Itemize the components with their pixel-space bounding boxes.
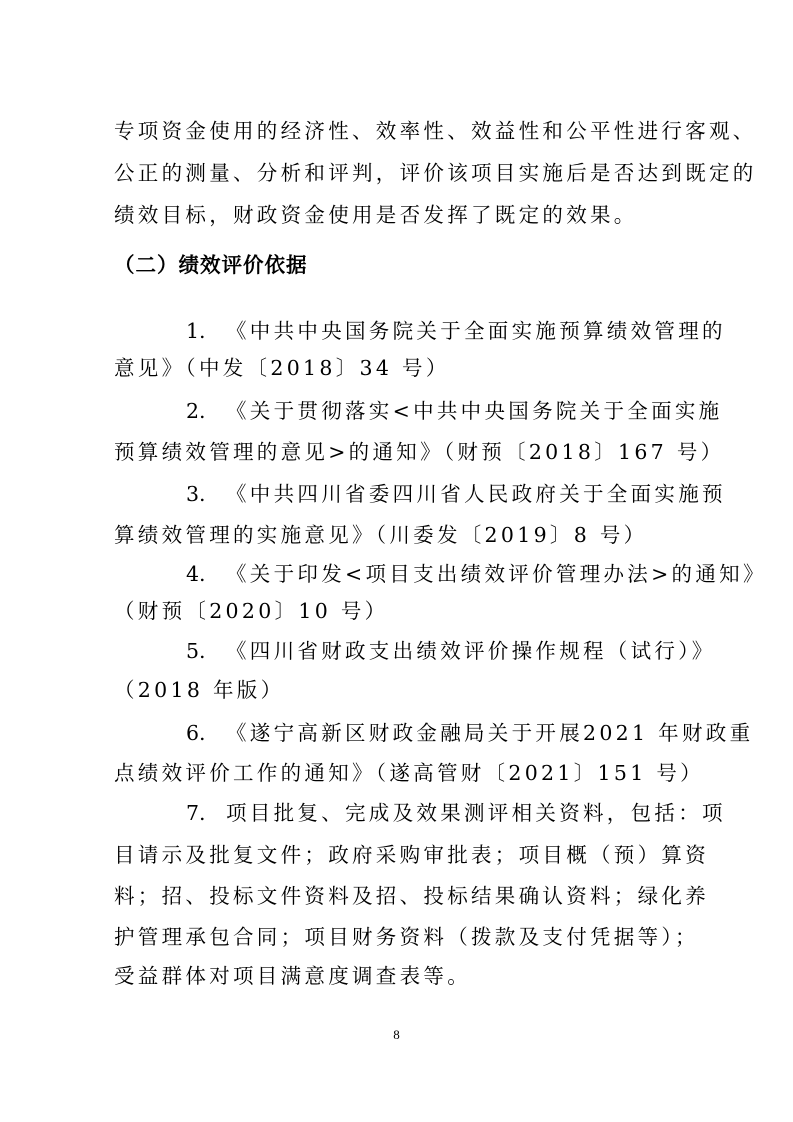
list-item-2: 2.《关于贯彻落实<中共中央国务院关于全面实施: [114, 398, 684, 424]
list-item-text: 《关于贯彻落实<中共中央国务院关于全面实施: [226, 399, 722, 423]
list-item-number: 4.: [114, 561, 226, 587]
page-number: 8: [0, 1027, 793, 1043]
section-heading: （二）绩效评价依据: [114, 252, 684, 278]
list-item-6: 6.《遂宁高新区财政金融局关于开展2021 年财政重: [114, 720, 684, 746]
paragraph-line: 专项资金使用的经济性、效率性、效益性和公平性进行客观、: [114, 118, 684, 144]
list-item-1: 1.《中共中央国务院关于全面实施预算绩效管理的: [114, 318, 684, 344]
list-item-continuation: 受益群体对项目满意度调查表等。: [114, 963, 684, 989]
list-item-text: 《中共四川省委四川省人民政府关于全面实施预: [226, 482, 726, 506]
list-item-number: 2.: [114, 398, 226, 424]
list-item-number: 3.: [114, 481, 226, 507]
list-item-continuation: 算绩效管理的实施意见》（川委发〔2019〕8 号）: [114, 522, 684, 548]
document-page: 专项资金使用的经济性、效率性、效益性和公平性进行客观、 公正的测量、分析和评判，…: [0, 0, 793, 1122]
list-item-text: 《遂宁高新区财政金融局关于开展2021 年财政重: [226, 721, 753, 745]
list-item-text: 《关于印发<项目支出绩效评价管理办法>的通知》: [226, 562, 767, 586]
list-item-continuation: 点绩效评价工作的通知》（遂高管财〔2021〕151 号）: [114, 760, 684, 786]
list-item-text: 项目批复、完成及效果测评相关资料，包括：项: [226, 801, 726, 825]
list-item-continuation: （财预〔2020〕10 号）: [114, 598, 684, 624]
list-item-number: 1.: [114, 318, 226, 344]
paragraph-line: 公正的测量、分析和评判，评价该项目实施后是否达到既定的: [114, 160, 684, 186]
list-item-number: 5.: [114, 638, 226, 664]
paragraph-line: 绩效目标，财政资金使用是否发挥了既定的效果。: [114, 202, 684, 228]
list-item-continuation: 料；招、投标文件资料及招、投标结果确认资料；绿化养: [114, 883, 684, 909]
list-item-continuation: 意见》（中发〔2018〕34 号）: [114, 355, 684, 381]
list-item-number: 6.: [114, 720, 226, 746]
list-item-number: 7.: [114, 800, 226, 826]
list-item-3: 3.《中共四川省委四川省人民政府关于全面实施预: [114, 481, 684, 507]
list-item-5: 5.《四川省财政支出绩效评价操作规程（试行）》: [114, 638, 684, 664]
list-item-continuation: （2018 年版）: [114, 677, 684, 703]
list-item-continuation: 护管理承包合同；项目财务资料（拨款及支付凭据等）；: [114, 924, 684, 950]
list-item-4: 4.《关于印发<项目支出绩效评价管理办法>的通知》: [114, 561, 684, 587]
list-item-continuation: 目请示及批复文件；政府采购审批表；项目概（预）算资: [114, 842, 684, 868]
list-item-text: 《中共中央国务院关于全面实施预算绩效管理的: [226, 319, 726, 343]
list-item-7: 7.项目批复、完成及效果测评相关资料，包括：项: [114, 800, 684, 826]
list-item-continuation: 预算绩效管理的意见>的通知》（财预〔2018〕167 号）: [114, 439, 684, 465]
list-item-text: 《四川省财政支出绩效评价操作规程（试行）》: [226, 639, 716, 663]
